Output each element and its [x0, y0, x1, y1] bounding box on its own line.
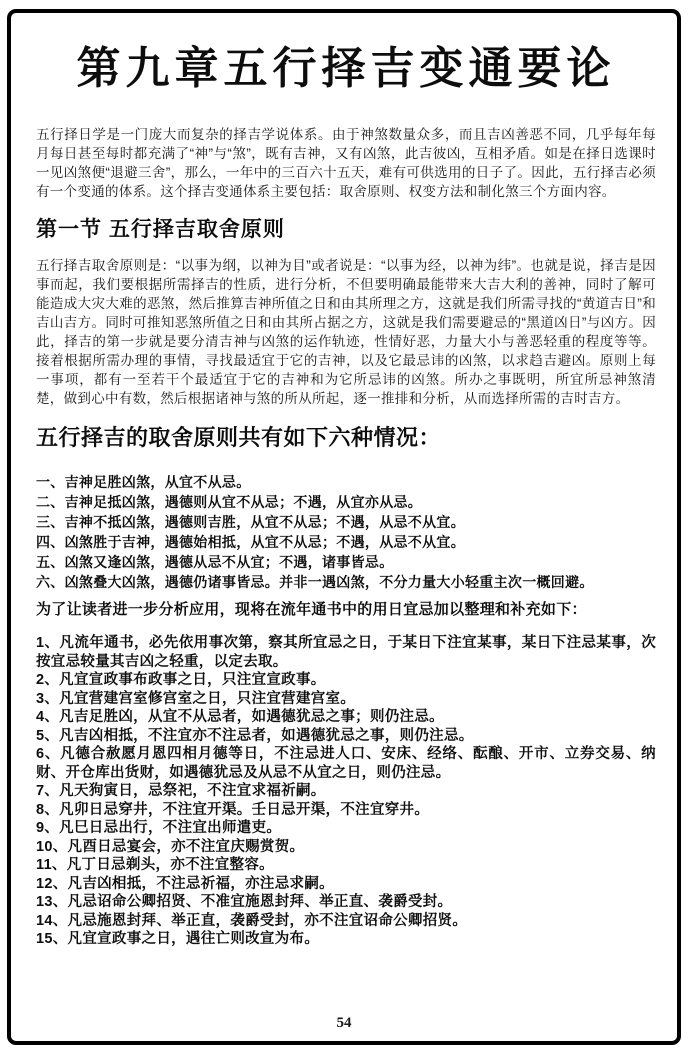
principles-list: 一、吉神足胜凶煞，从宜不从忌。 二、吉神足抵凶煞，遇德则从宜不从忌；不遇，从宜亦…	[36, 473, 656, 592]
intro-paragraph: 五行择日学是一门庞大而复杂的择吉学说体系。由于神煞数量众多，而且吉凶善恶不同，几…	[36, 125, 656, 201]
supplement-list: 1、凡流年通书，必先依用事次第，察其所宜忌之日，于某日下注宜某事，某日下注忌某事…	[36, 634, 656, 949]
supplement-item: 13、凡忌诏命公卿招贤、不准宜施恩封拜、举正直、袭爵受封。	[36, 893, 656, 912]
supplement-item: 1、凡流年通书，必先依用事次第，察其所宜忌之日，于某日下注宜某事，某日下注忌某事…	[36, 634, 656, 671]
supplement-item: 3、凡宜营建宫室修宫室之日，只注宜营建宫室。	[36, 690, 656, 709]
supplement-item: 9、凡巳日忌出行，不注宜出师遣吏。	[36, 819, 656, 838]
principle-item: 四、凶煞胜于吉神，遇德始相抵，从宜不从忌；不遇，从忌不从宜。	[36, 533, 656, 552]
principle-item: 六、凶煞叠大凶煞，遇德仍诸事皆忌。并非一遇凶煞，不分力量大小轻重主次一概回避。	[36, 573, 656, 592]
page-number: 54	[11, 1015, 677, 1032]
supplement-item: 7、凡天狗寅日，忌祭祀，不注宜求福祈嗣。	[36, 782, 656, 801]
chapter-title: 第九章五行择吉变通要论	[36, 43, 656, 95]
principle-item: 一、吉神足胜凶煞，从宜不从忌。	[36, 473, 656, 492]
principle-item: 三、吉神不抵凶煞，遇德则吉胜，从宜不从忌；不遇，从忌不从宜。	[36, 513, 656, 532]
principle-item: 五、凶煞又逢凶煞，遇德从忌不从宜；不遇，诸事皆忌。	[36, 553, 656, 572]
principles-heading: 五行择吉的取舍原则共有如下六种情况：	[36, 424, 656, 451]
supplement-item: 4、凡吉足胜凶，从宜不从忌者，如遇德犹忌之事；则仍注忌。	[36, 708, 656, 727]
book-page: 第九章五行择吉变通要论 五行择日学是一门庞大而复杂的择吉学说体系。由于神煞数量众…	[0, 0, 689, 1054]
supplement-item: 12、凡吉凶相抵，不注忌祈福，亦注忌求嗣。	[36, 875, 656, 894]
section-paragraph: 五行择吉取舍原则是：“以事为纲，以神为目”或者说是：“以事为经，以神为纬”。也就…	[36, 256, 656, 408]
supplement-item: 15、凡宜宣政事之日，遇往亡则改宣为布。	[36, 930, 656, 949]
supplement-item: 2、凡宜宣政事布政事之日，只注宜宣政事。	[36, 671, 656, 690]
principle-item: 二、吉神足抵凶煞，遇德则从宜不从忌；不遇，从宜亦从忌。	[36, 493, 656, 512]
supplement-item: 8、凡卯日忌穿井，不注宜开渠。壬日忌开渠，不注宜穿井。	[36, 801, 656, 820]
supplement-item: 10、凡酉日忌宴会，亦不注宜庆赐赏贺。	[36, 838, 656, 857]
page-border-frame: 第九章五行择吉变通要论 五行择日学是一门庞大而复杂的择吉学说体系。由于神煞数量众…	[7, 9, 681, 1045]
supplement-item: 6、凡德合赦愿月恩四相月德等日，不注忌进人口、安床、经络、酝酿、开市、立券交易、…	[36, 745, 656, 782]
supplement-item: 14、凡忌施恩封拜、举正直，袭爵受封，亦不注宜诏命公卿招贤。	[36, 912, 656, 931]
supplement-item: 11、凡丁日忌剃头，亦不注宜整容。	[36, 856, 656, 875]
section-heading: 第一节 五行择吉取舍原则	[36, 217, 656, 243]
supplement-item: 5、凡吉凶相抵，不注宜亦不注忌者，如遇德犹忌之事，则仍注忌。	[36, 727, 656, 746]
supplement-intro: 为了让读者进一步分析应用，现将在流年通书中的用日宜忌加以整理和补充如下：	[36, 600, 656, 620]
